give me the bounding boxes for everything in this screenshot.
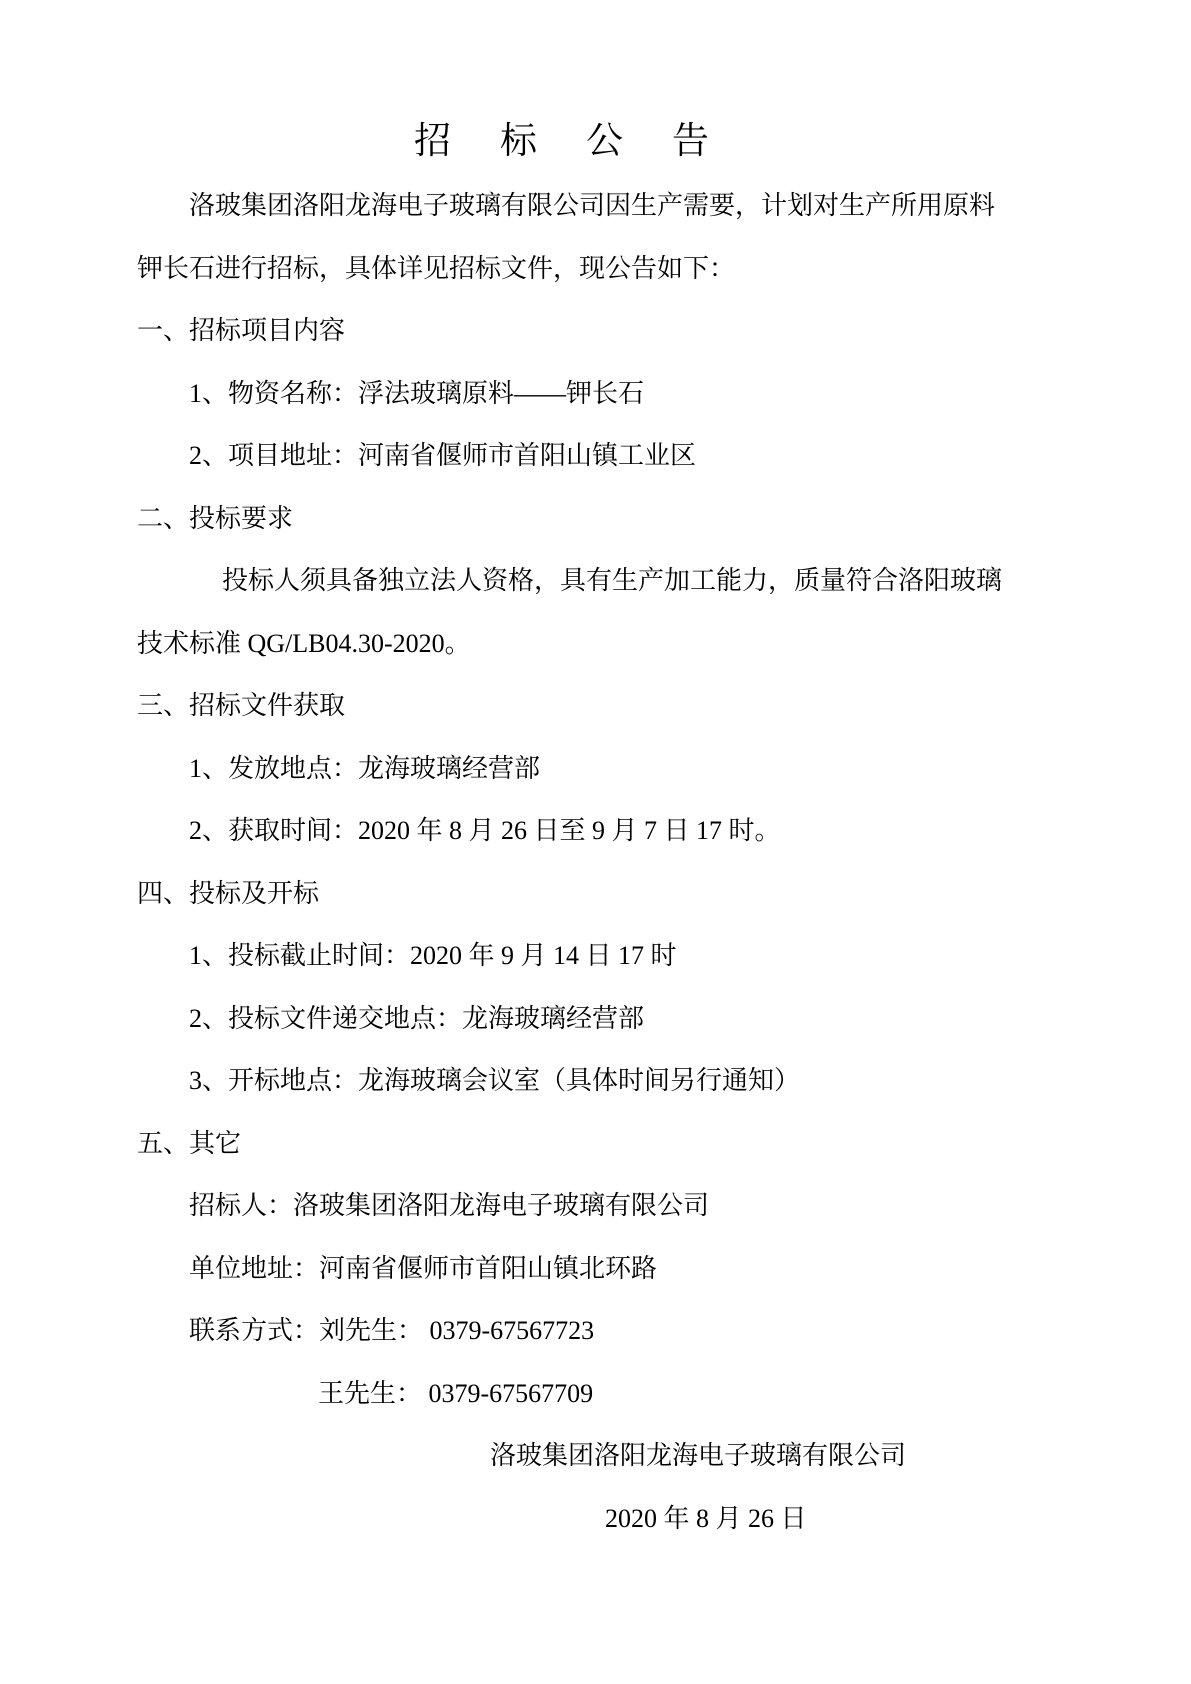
- section-2-para-line-1: 投标人须具备独立法人资格，具有生产加工能力，质量符合洛阳玻璃: [137, 550, 992, 613]
- section-3-item-1: 1、发放地点：龙海玻璃经营部: [137, 738, 992, 801]
- section-4-item-1: 1、投标截止时间：2020 年 9 月 14 日 17 时: [137, 925, 992, 988]
- section-4-heading: 四、投标及开标: [137, 863, 992, 926]
- section-1-item-1: 1、物资名称：浮法玻璃原料——钾长石: [137, 363, 992, 426]
- section-3-heading: 三、招标文件获取: [137, 675, 992, 738]
- signature-date: 2020 年 8 月 26 日: [137, 1488, 992, 1551]
- document-page: 招 标 公 告 洛玻集团洛阳龙海电子玻璃有限公司因生产需要，计划对生产所用原料 …: [0, 0, 1191, 1684]
- section-1-item-2: 2、项目地址：河南省偃师市首阳山镇工业区: [137, 425, 992, 488]
- page-title: 招 标 公 告: [137, 0, 992, 175]
- signature-company: 洛玻集团洛阳龙海电子玻璃有限公司: [137, 1425, 992, 1488]
- section-2-heading: 二、投标要求: [137, 488, 992, 551]
- document-body: 招 标 公 告 洛玻集团洛阳龙海电子玻璃有限公司因生产需要，计划对生产所用原料 …: [137, 0, 992, 1550]
- section-5-contact-2: 王先生： 0379-67567709: [137, 1363, 992, 1426]
- section-5-tenderer: 招标人：洛玻集团洛阳龙海电子玻璃有限公司: [137, 1175, 992, 1238]
- section-5-contact-1: 联系方式：刘先生： 0379-67567723: [137, 1300, 992, 1363]
- section-5-address: 单位地址：河南省偃师市首阳山镇北环路: [137, 1238, 992, 1301]
- section-1-heading: 一、招标项目内容: [137, 300, 992, 363]
- intro-line-1: 洛玻集团洛阳龙海电子玻璃有限公司因生产需要，计划对生产所用原料: [137, 175, 992, 238]
- section-4-item-2: 2、投标文件递交地点：龙海玻璃经营部: [137, 988, 992, 1051]
- section-5-heading: 五、其它: [137, 1113, 992, 1176]
- section-2-para-line-2: 技术标准 QG/LB04.30-2020。: [137, 613, 992, 676]
- section-3-item-2: 2、获取时间：2020 年 8 月 26 日至 9 月 7 日 17 时。: [137, 800, 992, 863]
- intro-line-2: 钾长石进行招标，具体详见招标文件，现公告如下：: [137, 238, 992, 301]
- section-4-item-3: 3、开标地点：龙海玻璃会议室（具体时间另行通知）: [137, 1050, 992, 1113]
